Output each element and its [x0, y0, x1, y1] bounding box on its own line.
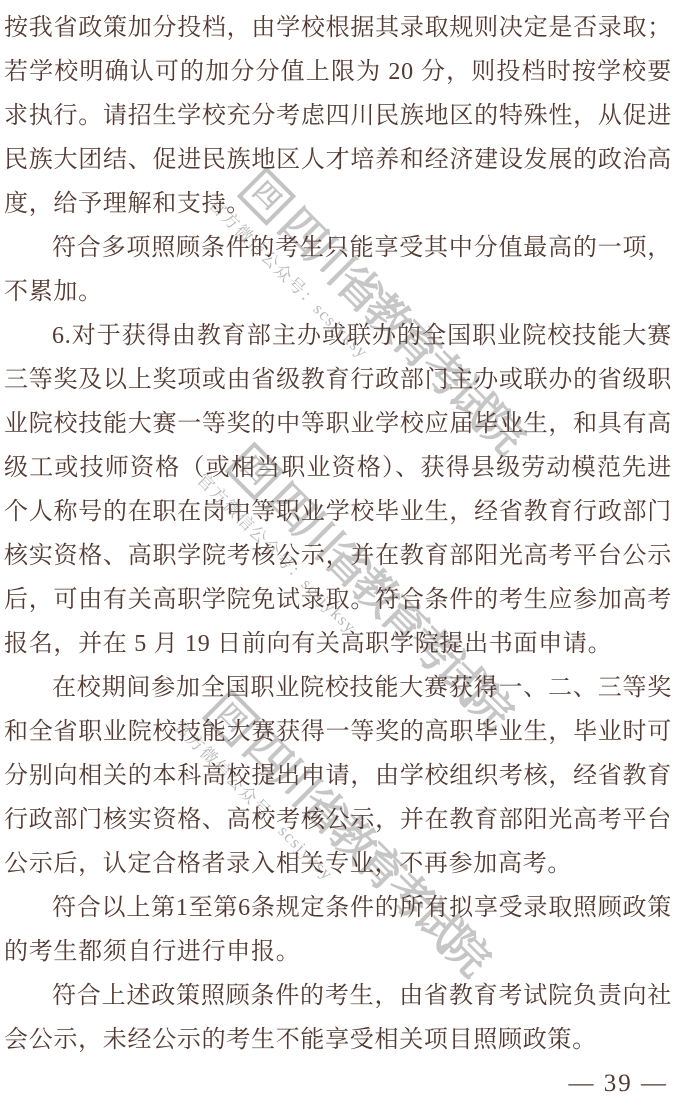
page-number: — 39 —	[569, 1070, 669, 1098]
paragraph: 符合以上第1至第6条规定条件的所有拟享受录取照顾政策的考生都须自行进行申报。	[4, 886, 672, 974]
document-page: 四 四川省教育考试院 官方微信公众号：scsjyksy 四 四川省教育考试院 官…	[0, 0, 680, 1118]
paragraph: 符合多项照顾条件的考生只能享受其中分值最高的一项，不累加。	[4, 226, 672, 314]
paragraph: 在校期间参加全国职业院校技能大赛获得一、二、三等奖和全省职业院校技能大赛获得一等…	[4, 666, 672, 886]
paragraph: 6.对于获得由教育部主办或联办的全国职业院校技能大赛三等奖及以上奖项或由省级教育…	[4, 314, 672, 666]
document-body: 按我省政策加分投档，由学校根据其录取规则决定是否录取；若学校明确认可的加分分值上…	[4, 6, 672, 1062]
paragraph: 符合上述政策照顾条件的考生，由省教育考试院负责向社会公示，未经公示的考生不能享受…	[4, 974, 672, 1062]
paragraph: 按我省政策加分投档，由学校根据其录取规则决定是否录取；若学校明确认可的加分分值上…	[4, 6, 672, 226]
